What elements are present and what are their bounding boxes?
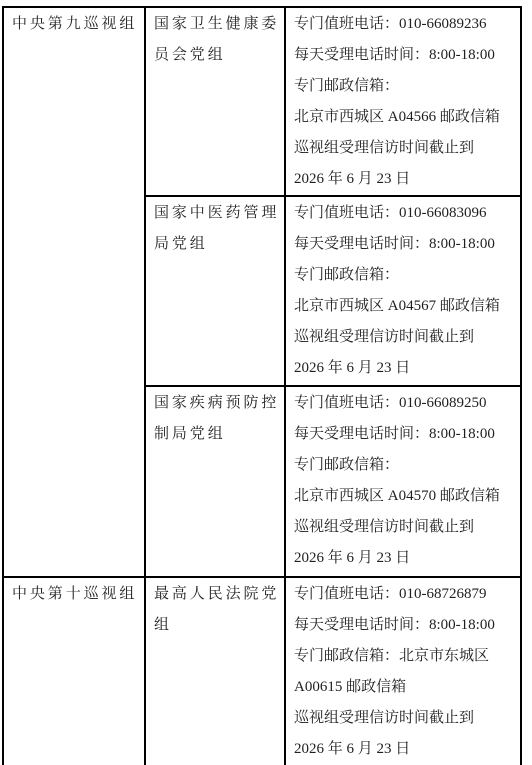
- detail-line-mailbox-address: A00615 邮政信箱: [294, 672, 520, 703]
- org-name-line: 国家疾病预防控: [154, 388, 284, 419]
- org-name-line: 国家卫生健康委: [154, 9, 284, 40]
- detail-line-mailbox-label: 专门邮政信箱：: [294, 260, 520, 291]
- org-name-line: 国家中医药管理: [154, 198, 284, 229]
- detail-line-deadline-note: 巡视组受理信访时间截止到: [294, 322, 520, 353]
- detail-line-deadline-date: 2026 年 6 月 23 日: [294, 543, 520, 574]
- detail-line-phone: 专门值班电话：010-66083096: [294, 198, 520, 229]
- group-name: 中央第十巡视组: [12, 579, 144, 610]
- org-name-line: 员会党组: [154, 40, 284, 71]
- details-cell: 专门值班电话：010-66089236 每天受理电话时间：8:00-18:00 …: [285, 7, 521, 196]
- details-cell: 专门值班电话：010-66083096 每天受理电话时间：8:00-18:00 …: [285, 196, 521, 386]
- table-row: 中央第九巡视组 国家卫生健康委 员会党组 专门值班电话：010-66089236…: [3, 7, 521, 196]
- org-cell: 国家中医药管理 局党组: [145, 196, 285, 386]
- detail-line-phone: 专门值班电话：010-66089236: [294, 9, 520, 40]
- detail-line-phone: 专门值班电话：010-68726879: [294, 579, 520, 610]
- detail-line-mailbox-label: 专门邮政信箱：: [294, 450, 520, 481]
- org-cell: 国家卫生健康委 员会党组: [145, 7, 285, 196]
- detail-line-deadline-note: 巡视组受理信访时间截止到: [294, 133, 520, 164]
- detail-line-deadline-note: 巡视组受理信访时间截止到: [294, 703, 520, 734]
- group-cell-tenth: 中央第十巡视组: [3, 577, 145, 765]
- details-cell: 专门值班电话：010-66089250 每天受理电话时间：8:00-18:00 …: [285, 386, 521, 577]
- detail-line-hours: 每天受理电话时间：8:00-18:00: [294, 40, 520, 71]
- inspection-groups-table: 中央第九巡视组 国家卫生健康委 员会党组 专门值班电话：010-66089236…: [2, 6, 522, 765]
- org-cell: 最高人民法院党 组: [145, 577, 285, 765]
- group-cell-ninth: 中央第九巡视组: [3, 7, 145, 577]
- org-name-line: 局党组: [154, 229, 284, 260]
- org-name-line: 最高人民法院党: [154, 579, 284, 610]
- details-cell: 专门值班电话：010-68726879 每天受理电话时间：8:00-18:00 …: [285, 577, 521, 765]
- detail-line-mailbox-address: 北京市西城区 A04570 邮政信箱: [294, 481, 520, 512]
- detail-line-mailbox-label: 专门邮政信箱：北京市东城区: [294, 641, 520, 672]
- group-name: 中央第九巡视组: [12, 9, 144, 40]
- org-cell: 国家疾病预防控 制局党组: [145, 386, 285, 577]
- detail-line-mailbox-address: 北京市西城区 A04567 邮政信箱: [294, 291, 520, 322]
- detail-line-mailbox-address: 北京市西城区 A04566 邮政信箱: [294, 102, 520, 133]
- detail-line-phone: 专门值班电话：010-66089250: [294, 388, 520, 419]
- detail-line-hours: 每天受理电话时间：8:00-18:00: [294, 610, 520, 641]
- detail-line-deadline-date: 2026 年 6 月 23 日: [294, 734, 520, 765]
- detail-line-deadline-note: 巡视组受理信访时间截止到: [294, 512, 520, 543]
- table-row: 中央第十巡视组 最高人民法院党 组 专门值班电话：010-68726879 每天…: [3, 577, 521, 765]
- detail-line-deadline-date: 2026 年 6 月 23 日: [294, 353, 520, 384]
- detail-line-deadline-date: 2026 年 6 月 23 日: [294, 164, 520, 195]
- detail-line-hours: 每天受理电话时间：8:00-18:00: [294, 419, 520, 450]
- org-name-line: 制局党组: [154, 419, 284, 450]
- org-name-line: 组: [154, 610, 284, 641]
- detail-line-mailbox-label: 专门邮政信箱：: [294, 71, 520, 102]
- detail-line-hours: 每天受理电话时间：8:00-18:00: [294, 229, 520, 260]
